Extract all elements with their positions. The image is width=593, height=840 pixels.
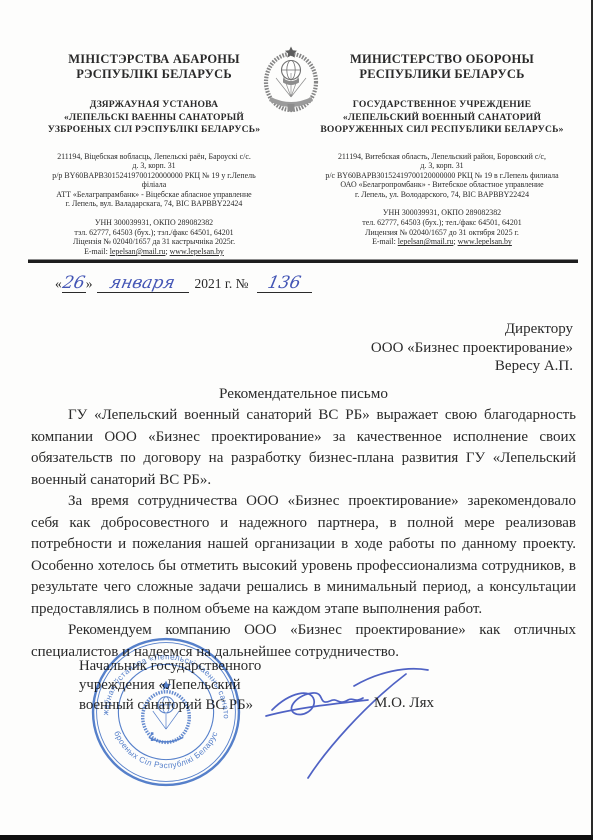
svg-text:Дзяржаўная ўстанова «Лепельскі: Дзяржаўная ўстанова «Лепельскі ваенны са… <box>90 636 231 719</box>
year-number-label: 2021 г. № <box>195 276 249 291</box>
recipient-block: Директору ООО «Бизнес проектирование» Ве… <box>371 320 573 376</box>
letterhead-right: МИНИСТЕРСТВО ОБОРОНЫ РЕСПУБЛИКИ БЕЛАРУСЬ… <box>306 52 578 247</box>
ministry-name-by: РЭСПУБЛІКІ БЕЛАРУСЬ <box>28 67 280 82</box>
address-block-by: 211194, Віцебская вобласць, Лепельскі ра… <box>28 152 280 210</box>
letterhead-left: МІНІСТЭРСТВА АБАРОНЫ РЭСПУБЛІКІ БЕЛАРУСЬ… <box>28 52 280 256</box>
scan-edge-bottom <box>0 835 593 840</box>
recipient-person: Вересу А.П. <box>371 357 573 376</box>
registration-details-ru: УНН 300039931, ОКПО 289082382 тел. 62777… <box>306 208 578 246</box>
email-line: E-mail: lepelsan@mail.ru; www.lepelsan.b… <box>28 247 280 257</box>
scanned-letter-page: МІНІСТЭРСТВА АБАРОНЫ РЭСПУБЛІКІ БЕЛАРУСЬ… <box>0 0 593 840</box>
institution-name-by: ДЗЯРЖАУНАЯ УСТАНОВА «ЛЕПЕЛЬСКІ ВАЕННЫ СА… <box>28 99 280 137</box>
letter-body: Рекомендательное письмо ГУ «Лепельский в… <box>31 383 576 663</box>
handwritten-month: января <box>97 276 189 293</box>
signer-name: М.О. Лях <box>374 695 434 712</box>
stamp-ring-text-top: Дзяржаўная ўстанова «Лепельскі ваенны са… <box>90 636 231 719</box>
registration-details-by: УНН 300039931, ОКПО 289082382 тэл. 62777… <box>28 218 280 256</box>
letterhead-divider-rule <box>28 259 578 263</box>
website-address: www.lepelsan.by <box>458 237 512 246</box>
recipient-company: ООО «Бизнес проектирование» <box>371 339 573 358</box>
website-address: www.lepelsan.by <box>170 247 224 256</box>
body-paragraph: ГУ «Лепельский военный санаторий ВС РБ» … <box>31 405 576 491</box>
email-address: lepelsan@mail.ru <box>398 237 454 246</box>
official-round-stamp-icon: Дзяржаўная ўстанова «Лепельскі ваенны са… <box>90 636 242 788</box>
body-paragraph: За время сотрудничества ООО «Бизнес прое… <box>31 491 576 620</box>
date-and-number-line: «26»января2021 г. №136 <box>55 276 312 293</box>
ministry-name-ru: МИНИСТЕРСТВО ОБОРОНЫ <box>306 52 578 67</box>
ministry-name-by: МІНІСТЭРСТВА АБАРОНЫ <box>28 52 280 67</box>
handwritten-day: 26 <box>62 276 86 293</box>
handwritten-outgoing-number: 136 <box>257 276 312 293</box>
email-address: lepelsan@mail.ru <box>110 247 166 256</box>
recipient-position: Директору <box>371 320 573 339</box>
letter-title: Рекомендательное письмо <box>31 383 576 404</box>
address-block-ru: 211194, Витебская область, Лепельский ра… <box>306 152 578 200</box>
handwritten-signature-icon <box>256 648 436 783</box>
institution-name-ru: ГОСУДАРСТВЕННОЕ УЧРЕЖДЕНИЕ «ЛЕПЕЛЬСКИЙ В… <box>306 99 578 137</box>
email-line: E-mail: lepelsan@mail.ru; www.lepelsan.b… <box>306 237 578 247</box>
close-quote: » <box>86 276 93 291</box>
ministry-name-ru: РЕСПУБЛИКИ БЕЛАРУСЬ <box>306 67 578 82</box>
